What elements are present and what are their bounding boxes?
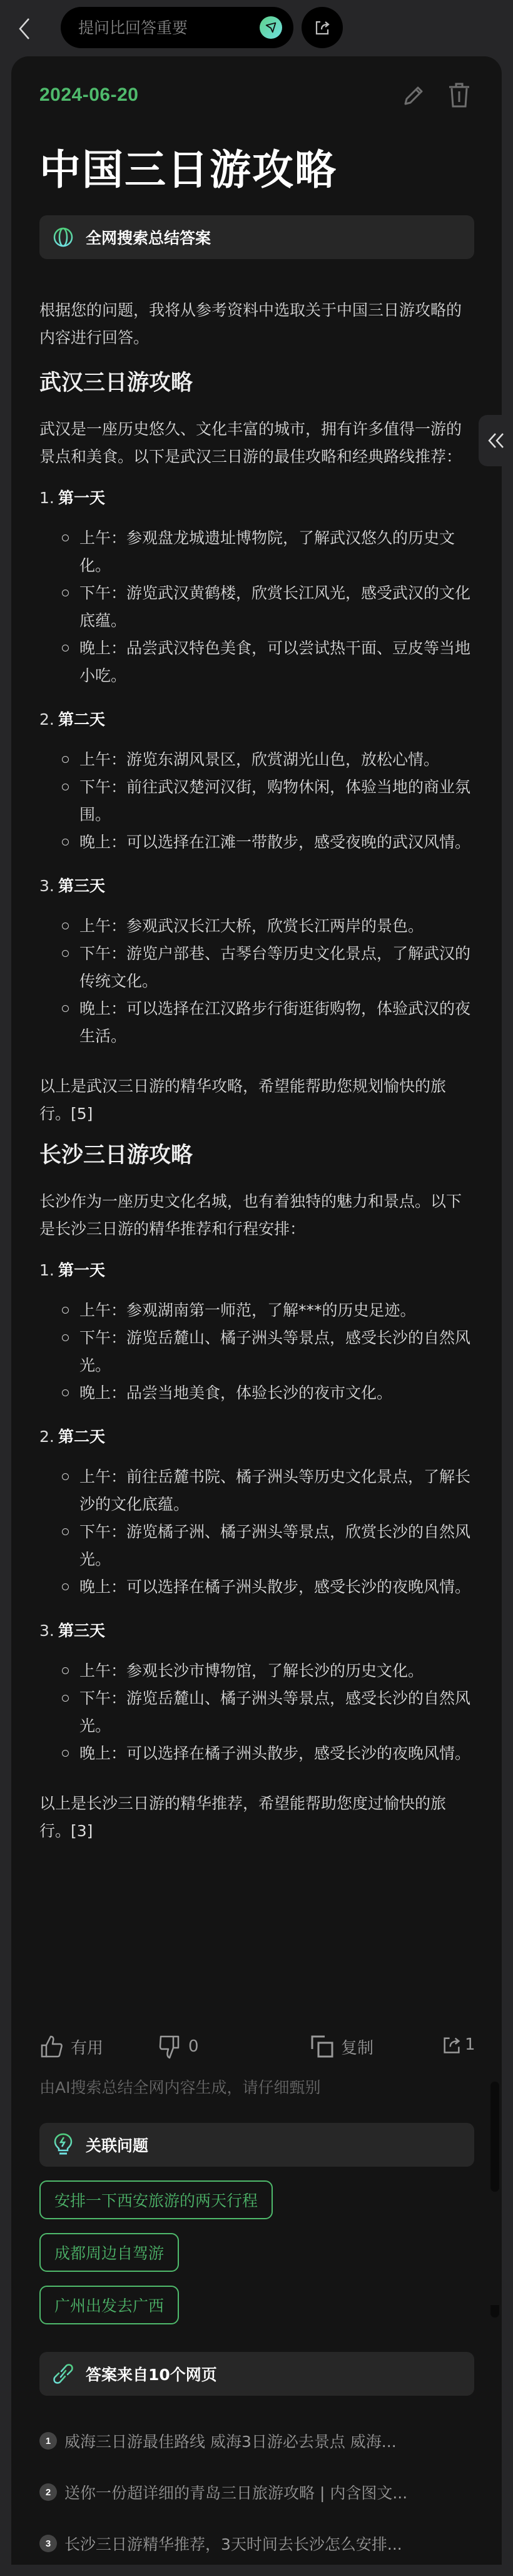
lightbulb-icon (54, 2133, 73, 2157)
list-item: 晚上：可以选择在橘子洲头散步，感受长沙的夜晚风情。 (79, 1573, 474, 1601)
list-item: 下午：游览岳麓山、橘子洲头等景点，感受长沙的自然风光。 (79, 1685, 474, 1740)
source-title: 送你一份超详细的青岛三日旅游攻略 | 内含图文... (64, 2481, 407, 2503)
circle-bullet-icon (62, 534, 69, 541)
like-label: 有用 (71, 2035, 103, 2058)
double-chevron-left-icon (487, 432, 505, 449)
circle-bullet-icon (62, 1389, 69, 1396)
share-icon (313, 18, 332, 37)
section-lead: 长沙作为一座历史文化名城，也有着独特的魅力和景点。以下是长沙三日游的精华推荐和行… (39, 1188, 474, 1243)
like-button[interactable]: 有用 (39, 2034, 103, 2059)
circle-bullet-icon (62, 1528, 69, 1535)
circle-bullet-icon (62, 1695, 69, 1702)
summary-label: 全网搜索总结答案 (86, 226, 211, 248)
source-title: 长沙三日游精华推荐，3天时间去长沙怎么安排... (64, 2532, 402, 2555)
thumbs-down-icon (157, 2034, 182, 2059)
answer-card: 2024-06-20 中国三日游攻略 全网搜索总结答案 根据您的问题，我将从参考… (11, 56, 502, 2565)
list-item: 上午：参观武汉长江大桥，欣赏长江两岸的景色。 (79, 912, 474, 940)
share-count: 1 (465, 2035, 475, 2054)
share-button[interactable] (302, 7, 343, 48)
day-number: 3. (39, 872, 58, 900)
circle-bullet-icon (62, 1583, 69, 1590)
section-heading: 武汉三日游攻略 (39, 369, 474, 397)
summary-header: 全网搜索总结答案 (39, 215, 474, 259)
list-item: 下午：游览橘子洲、橘子洲头等景点，欣赏长沙的自然风光。 (79, 1518, 474, 1573)
sources-header[interactable]: 答案来自10个网页 (39, 2352, 474, 2396)
day-items: 上午：参观盘龙城遗址博物院，了解武汉悠久的历史文化。 下午：游览武汉黄鹤楼，欣赏… (39, 524, 474, 690)
pencil-icon (399, 81, 427, 109)
search-input[interactable] (78, 19, 247, 37)
circle-bullet-icon (62, 839, 69, 846)
list-item: 下午：前往武汉楚河汉街，购物休闲，体验当地的商业氛围。 (79, 774, 474, 829)
day-title: 第一天 (58, 484, 105, 512)
day-number: 1. (39, 1257, 58, 1284)
day-items: 上午：参观湖南第一师范，了解***的历史足迹。 下午：游览岳麓山、橘子洲头等景点… (39, 1297, 474, 1407)
dislike-button[interactable]: 0 (157, 2034, 199, 2059)
day-heading: 1.第一天 (39, 484, 474, 512)
scrollbar-track-end (490, 2305, 499, 2318)
copy-label: 复制 (341, 2035, 373, 2058)
dislike-count: 0 (188, 2037, 199, 2056)
section-closing: 以上是武汉三日游的精华攻略，希望能帮助您规划愉快的旅行。[5] (39, 1073, 474, 1128)
source-link[interactable]: 1 威海三日游最佳路线 威海3日游必去景点 威海... (39, 2428, 474, 2453)
circle-bullet-icon (62, 1307, 69, 1314)
feedback-actions: 有用 0 复制 1 (39, 2034, 474, 2064)
circle-bullet-icon (62, 1334, 69, 1341)
day-heading: 3.第三天 (39, 872, 474, 900)
day-title: 第二天 (58, 706, 105, 733)
chevron-left-icon (18, 16, 31, 41)
top-bar (0, 0, 513, 56)
circle-bullet-icon (62, 1750, 69, 1757)
page-title: 中国三日游攻略 (39, 136, 337, 196)
trash-icon (445, 81, 473, 109)
source-link[interactable]: 3 长沙三日游精华推荐，3天时间去长沙怎么安排... (39, 2531, 474, 2556)
day-title: 第二天 (58, 1423, 105, 1451)
day-items: 上午：参观长沙市博物馆，了解长沙的历史文化。 下午：游览岳麓山、橘子洲头等景点，… (39, 1657, 474, 1767)
globe-icon (52, 226, 74, 248)
related-question-chip[interactable]: 广州出发去广西 (39, 2286, 179, 2324)
link-icon (53, 2363, 74, 2385)
source-link[interactable]: 2 送你一份超详细的青岛三日旅游攻略 | 内含图文... (39, 2480, 474, 2505)
list-item: 晚上：可以选择在江滩一带散步，感受夜晚的武汉风情。 (79, 829, 474, 856)
answer-content: 根据您的问题，我将从参考资料中选取关于中国三日游攻略的内容进行回答。 武汉三日游… (39, 297, 474, 1859)
list-item: 晚上：品尝武汉特色美食，可以尝试热干面、豆皮等当地小吃。 (79, 635, 474, 690)
expand-sidebar-button[interactable] (479, 415, 513, 466)
related-question-chip[interactable]: 安排一下西安旅游的两天行程 (39, 2180, 273, 2219)
source-number: 1 (39, 2432, 57, 2450)
share-icon (441, 2034, 462, 2055)
circle-bullet-icon (62, 784, 69, 790)
answer-date: 2024-06-20 (39, 84, 138, 106)
circle-bullet-icon (62, 590, 69, 596)
section-lead: 武汉是一座历史悠久、文化丰富的城市，拥有许多值得一游的景点和美食。以下是武汉三日… (39, 416, 474, 471)
edit-button[interactable] (399, 81, 427, 109)
day-title: 第三天 (58, 872, 105, 900)
sources-label: 答案来自10个网页 (86, 2363, 217, 2385)
circle-bullet-icon (62, 1005, 69, 1012)
day-number: 2. (39, 706, 58, 733)
day-title: 第一天 (58, 1257, 105, 1284)
list-item: 上午：参观盘龙城遗址博物院，了解武汉悠久的历史文化。 (79, 524, 474, 580)
copy-icon (310, 2034, 335, 2059)
list-item: 晚上：品尝当地美食，体验长沙的夜市文化。 (79, 1379, 474, 1407)
thumbs-up-icon (39, 2034, 64, 2059)
list-item: 下午：游览岳麓山、橘子洲头等景点，感受长沙的自然风光。 (79, 1324, 474, 1379)
list-item: 晚上：可以选择在江汉路步行街逛街购物，体验武汉的夜生活。 (79, 995, 474, 1050)
scrollbar-thumb[interactable] (490, 2082, 499, 2192)
day-items: 上午：游览东湖风景区，欣赏湖光山色，放松心情。 下午：前往武汉楚河汉街，购物休闲… (39, 746, 474, 856)
list-item: 晚上：可以选择在橘子洲头散步，感受长沙的夜晚风情。 (79, 1740, 474, 1767)
circle-bullet-icon (62, 1473, 69, 1480)
related-header: 关联问题 (39, 2123, 474, 2167)
copy-button[interactable]: 复制 (310, 2034, 373, 2059)
day-heading: 1.第一天 (39, 1257, 474, 1284)
circle-bullet-icon (62, 756, 69, 763)
circle-bullet-icon (62, 1667, 69, 1674)
delete-button[interactable] (445, 81, 473, 109)
day-title: 第三天 (58, 1617, 105, 1645)
related-question-chip[interactable]: 成都周边自驾游 (39, 2233, 179, 2272)
list-item: 上午：参观湖南第一师范，了解***的历史足迹。 (79, 1297, 474, 1324)
list-item: 上午：参观长沙市博物馆，了解长沙的历史文化。 (79, 1657, 474, 1685)
source-number: 3 (39, 2535, 57, 2552)
source-number: 2 (39, 2483, 57, 2501)
intro-paragraph: 根据您的问题，我将从参考资料中选取关于中国三日游攻略的内容进行回答。 (39, 297, 474, 352)
back-button[interactable] (15, 15, 34, 43)
share-answer-button[interactable]: 1 (441, 2034, 475, 2055)
send-icon (264, 21, 278, 34)
day-heading: 3.第三天 (39, 1617, 474, 1645)
day-heading: 2.第二天 (39, 1423, 474, 1451)
circle-bullet-icon (62, 950, 69, 957)
list-item: 上午：前往岳麓书院、橘子洲头等历史文化景点，了解长沙的文化底蕴。 (79, 1463, 474, 1518)
source-title: 威海三日游最佳路线 威海3日游必去景点 威海... (64, 2430, 397, 2452)
day-number: 1. (39, 484, 58, 512)
section-heading: 长沙三日游攻略 (39, 1142, 474, 1169)
day-items: 上午：参观武汉长江大桥，欣赏长江两岸的景色。 下午：游览户部巷、古琴台等历史文化… (39, 912, 474, 1050)
section-closing: 以上是长沙三日游的精华推荐，希望能帮助您度过愉快的旅行。[3] (39, 1790, 474, 1845)
day-number: 3. (39, 1617, 58, 1645)
circle-bullet-icon (62, 923, 69, 929)
send-button[interactable] (260, 16, 282, 39)
circle-bullet-icon (62, 645, 69, 652)
ai-disclaimer: 由AI搜索总结全网内容生成，请仔细甄别 (39, 2075, 320, 2098)
list-item: 下午：游览武汉黄鹤楼，欣赏长江风光，感受武汉的文化底蕴。 (79, 580, 474, 635)
related-label: 关联问题 (86, 2134, 148, 2156)
search-bar[interactable] (61, 7, 293, 48)
list-item: 上午：游览东湖风景区，欣赏湖光山色，放松心情。 (79, 746, 474, 774)
day-heading: 2.第二天 (39, 706, 474, 733)
day-number: 2. (39, 1423, 58, 1451)
list-item: 下午：游览户部巷、古琴台等历史文化景点，了解武汉的传统文化。 (79, 940, 474, 995)
day-items: 上午：前往岳麓书院、橘子洲头等历史文化景点，了解长沙的文化底蕴。 下午：游览橘子… (39, 1463, 474, 1601)
